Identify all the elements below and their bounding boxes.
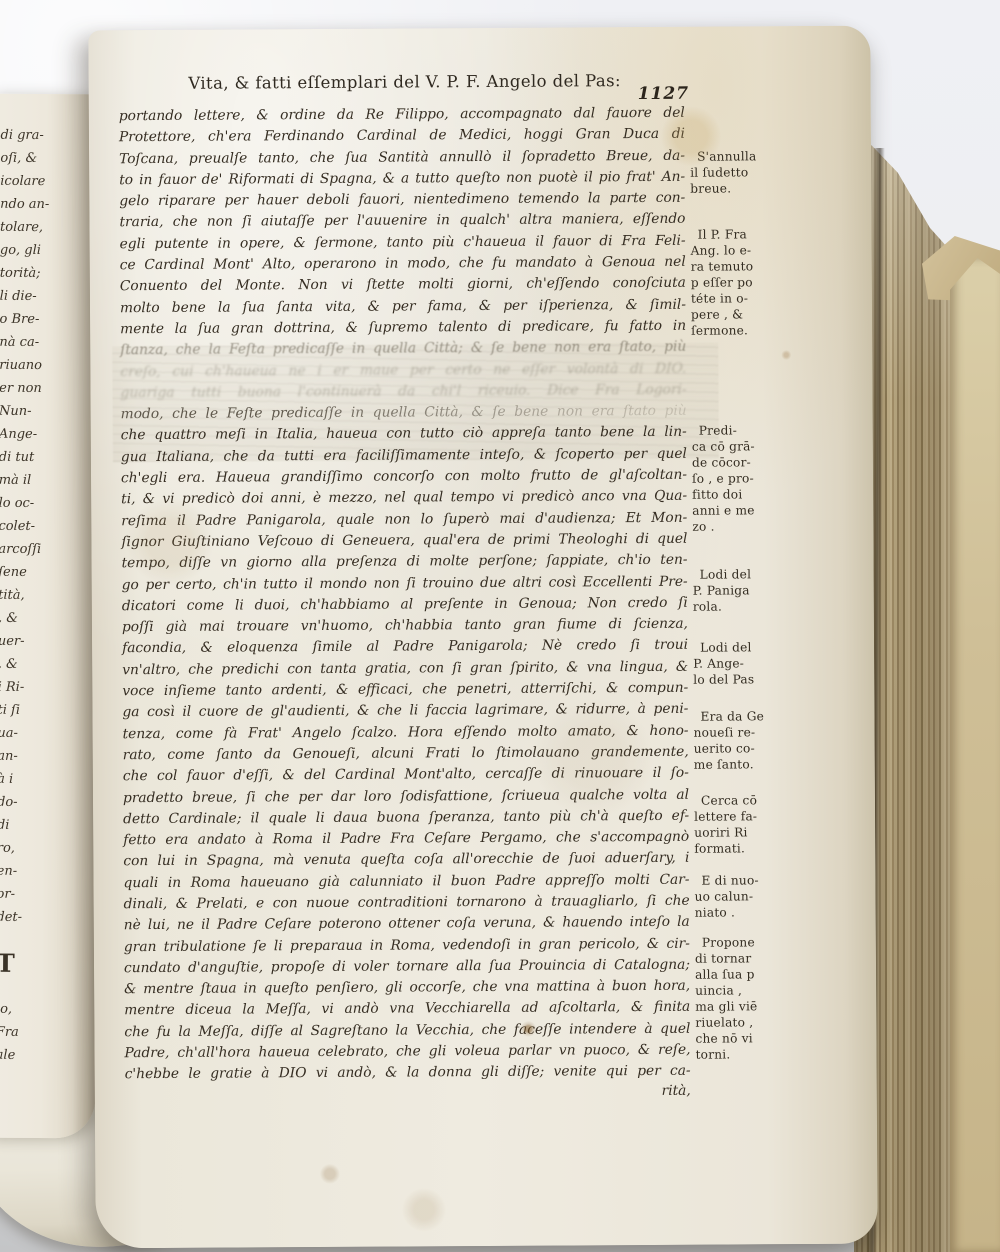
margin-note: Proponedi tornaralla ſua puincia ,ma gli… — [695, 934, 810, 1063]
left-fragment: o Bre- — [0, 308, 66, 331]
left-fragment: ndo an- — [0, 193, 66, 216]
margin-note-line: formati. — [694, 840, 808, 857]
margin-note-line: niato . — [695, 904, 809, 921]
left-fragment: Nun- — [0, 400, 65, 423]
margin-note-line: téte in o- — [691, 290, 805, 307]
body-line: facondia, & eloquenza ſimile al Padre Pa… — [122, 635, 688, 660]
margin-note-line: fitto doi — [692, 486, 806, 503]
left-fragment: uer- — [0, 630, 64, 653]
margin-note-line: che nō vi — [695, 1030, 809, 1047]
left-fragment: icolare — [0, 170, 66, 193]
margin-note-line: P. Paniga — [693, 582, 807, 599]
margin-note: Cerca cōlettere fa-uoriri Riformati. — [694, 792, 808, 857]
margin-note-line: alla ſua p — [695, 966, 809, 983]
left-fragment: di tut — [0, 446, 65, 469]
page-number: 1127 — [638, 84, 708, 104]
facing-page-sliver: di gra-oſi, &icolarendo an-tolare,go, gl… — [0, 94, 101, 1139]
left-fragment: mà il — [0, 469, 65, 492]
left-fragment: tità, — [0, 584, 64, 607]
left-fragment: Ange- — [0, 423, 65, 446]
margin-note: Lodi delP. Ange-lo del Pas — [693, 639, 807, 688]
margin-note-line: Il P. Fra — [690, 226, 804, 243]
margin-note-line: ca cō grā- — [692, 438, 806, 455]
body-line: c'hebbe le gratie à DIO vi andò, & la do… — [125, 1061, 691, 1086]
margin-note-line: di tornar — [695, 950, 809, 967]
left-fragment: ro, — [0, 837, 63, 860]
left-fragment: go, gli — [0, 239, 66, 262]
vellum-cover-edge — [950, 258, 1000, 1252]
left-fragment: ale — [0, 1044, 62, 1067]
margin-note-line: torni. — [696, 1046, 810, 1063]
left-fragment: det- — [0, 906, 62, 929]
margin-note-line: me ſanto. — [694, 756, 808, 773]
body-line: ga così il cuore de gl'audienti, & che l… — [122, 699, 688, 724]
left-fragment: torità; — [0, 262, 66, 285]
margin-note-line: riuelato , — [695, 1014, 809, 1031]
body-line: con lui in Spagna, mà venuta queſta coſa… — [123, 848, 689, 873]
left-fragment: en- — [0, 860, 63, 883]
left-fragment: er non — [0, 377, 65, 400]
margin-note-line: Cerca cō — [694, 792, 808, 809]
left-page-fragments: di gra-oſi, &icolarendo an-tolare,go, gl… — [0, 124, 67, 1067]
margin-note-line: uoriri Ri — [694, 824, 808, 841]
margin-note-line: zo . — [692, 518, 806, 535]
margin-note-line: E di nuo- — [694, 872, 808, 889]
body-line: Protettore, ch'era Ferdinando Cardinal d… — [119, 124, 685, 149]
margin-note-line: anni e me — [692, 502, 806, 519]
margin-note: S'annullail ſudettobreue. — [690, 148, 804, 197]
body-line: che col fauor d'eſſi, & del Cardinal Mon… — [123, 763, 689, 788]
left-fragment: di gra- — [0, 124, 66, 147]
margin-note-line: lo del Pas — [693, 671, 807, 688]
left-fragment — [0, 975, 62, 998]
margin-note-line: P. Ange- — [693, 655, 807, 672]
book-page: Vita, & fatti eſſemplari del V. P. F. An… — [88, 26, 877, 1249]
left-fragment: arcoſſi — [0, 538, 64, 561]
margin-note-line: S'annulla — [690, 148, 804, 165]
margin-note-line: noueſi re- — [694, 724, 808, 741]
body-line: che quattro meſi in Italia, haueua con t… — [121, 422, 687, 447]
margin-note-line: ſo , e pro- — [692, 470, 806, 487]
margin-note-line: Predi- — [692, 422, 806, 439]
margin-notes: S'annullail ſudettobreue.Il P. FraAng. l… — [689, 26, 809, 27]
left-fragment: , & — [0, 607, 64, 630]
margin-note-line: Lodi del — [693, 566, 807, 583]
margin-note-line: Ang. lo e- — [691, 242, 805, 259]
margin-note-line: p eſſer po — [691, 274, 805, 291]
left-fragment: ti ſi — [0, 699, 64, 722]
body-line: ſtanza, che la Feſta predicaſſe in quell… — [120, 337, 686, 362]
body-line: tempo, diſſe vn giorno alla preſenza di … — [121, 550, 687, 575]
running-header: Vita, & fatti eſſemplari del V. P. F. An… — [115, 71, 695, 94]
left-fragment: lo, — [0, 998, 62, 1021]
left-fragment: ua- — [0, 722, 63, 745]
body-text: portando lettere, & ordine da Re Filippo… — [119, 103, 691, 1086]
margin-note-line: ma gli viē — [695, 998, 809, 1015]
left-fragment: oſi, & — [0, 147, 66, 170]
left-fragment: tolare, — [0, 216, 66, 239]
left-fragment: ſene — [0, 561, 64, 584]
margin-note-line: breue. — [690, 180, 804, 197]
margin-note-line: uerito co- — [694, 740, 808, 757]
body-line: Conuento del Monte. Non vi ſtette molti … — [120, 273, 686, 298]
margin-note-line: Propone — [695, 934, 809, 951]
left-fragment: à i — [0, 768, 63, 791]
margin-note-line: il ſudetto — [690, 164, 804, 181]
margin-note-line: lettere fa- — [694, 808, 808, 825]
left-fragment: li die- — [0, 285, 66, 308]
margin-note-line: uo calun- — [695, 888, 809, 905]
left-fragment: colet- — [0, 515, 65, 538]
body-line: modo, che le Feſte predicaſſe in quella … — [121, 401, 687, 426]
left-fragment: or- — [0, 883, 63, 906]
left-fragment: , & — [0, 653, 64, 676]
margin-note-line: de cōcor- — [692, 454, 806, 471]
left-fragment: lo oc- — [0, 492, 65, 515]
left-fragment: nà ca- — [0, 331, 65, 354]
body-line: ti, & vi predicò doi anni, è mezzo, nel … — [121, 486, 687, 511]
left-fragment: Fra — [0, 1021, 62, 1044]
margin-note-line: rola. — [693, 598, 807, 615]
left-fragment: do- — [0, 791, 63, 814]
margin-note-line: uincia , — [695, 982, 809, 999]
left-fragment: riuano — [0, 354, 65, 377]
body-line: nè lui, ne il Padre Ceſare poterono otte… — [124, 912, 690, 937]
margin-note-line: pere , & — [691, 306, 805, 323]
margin-note-line: Lodi del — [693, 639, 807, 656]
left-fragment: an- — [0, 745, 63, 768]
left-fragment: di — [0, 814, 63, 837]
margin-note-line: Era da Ge — [693, 708, 807, 725]
margin-note: Lodi delP. Panigarola. — [693, 566, 807, 615]
margin-note-line: ſermone. — [691, 322, 805, 339]
margin-note-line: ra temuto — [691, 258, 805, 275]
margin-note: Il P. FraAng. lo e-ra temutop eſſer poté… — [690, 226, 805, 339]
left-fragment: i Ri- — [0, 676, 64, 699]
margin-note: E di nuo-uo calun-niato . — [694, 872, 808, 921]
margin-note: Predi-ca cō grā-de cōcor-ſo , e pro-fitt… — [692, 422, 807, 535]
margin-note: Era da Genoueſi re-uerito co-me ſanto. — [693, 708, 807, 773]
catchword: rità, — [125, 1083, 691, 1102]
left-fragment: T — [0, 952, 62, 975]
